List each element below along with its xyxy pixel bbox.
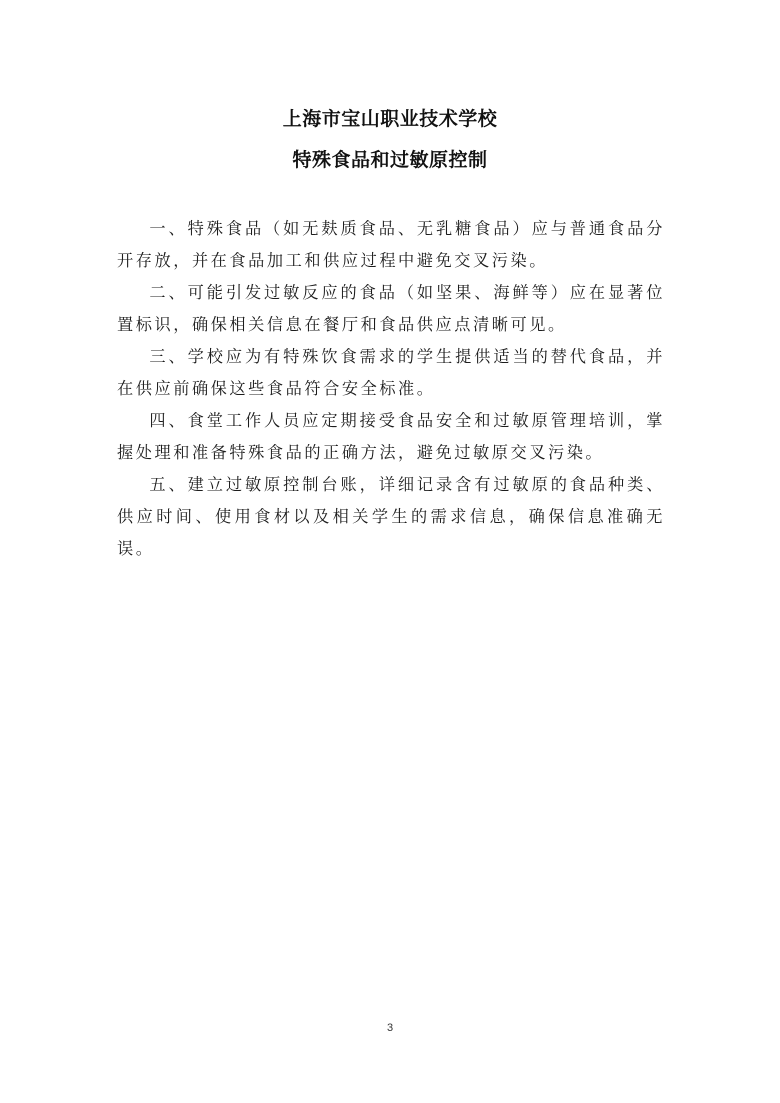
paragraph-2: 二、可能引发过敏反应的食品（如坚果、海鲜等）应在显著位置标识，确保相关信息在餐厅… xyxy=(117,277,665,341)
school-name-heading: 上海市宝山职业技术学校 xyxy=(0,104,780,131)
page-number: 3 xyxy=(0,1022,780,1034)
document-title: 特殊食品和过敏原控制 xyxy=(0,145,780,172)
paragraph-4: 四、食堂工作人员应定期接受食品安全和过敏原管理培训，掌握处理和准备特殊食品的正确… xyxy=(117,405,665,469)
document-body: 一、特殊食品（如无麸质食品、无乳糖食品）应与普通食品分开存放，并在食品加工和供应… xyxy=(117,213,665,565)
paragraph-3: 三、学校应为有特殊饮食需求的学生提供适当的替代食品，并在供应前确保这些食品符合安… xyxy=(117,341,665,405)
paragraph-1: 一、特殊食品（如无麸质食品、无乳糖食品）应与普通食品分开存放，并在食品加工和供应… xyxy=(117,213,665,277)
paragraph-5: 五、建立过敏原控制台账，详细记录含有过敏原的食品种类、供应时间、使用食材以及相关… xyxy=(117,469,665,565)
document-page: 上海市宝山职业技术学校 特殊食品和过敏原控制 一、特殊食品（如无麸质食品、无乳糖… xyxy=(0,0,780,1103)
